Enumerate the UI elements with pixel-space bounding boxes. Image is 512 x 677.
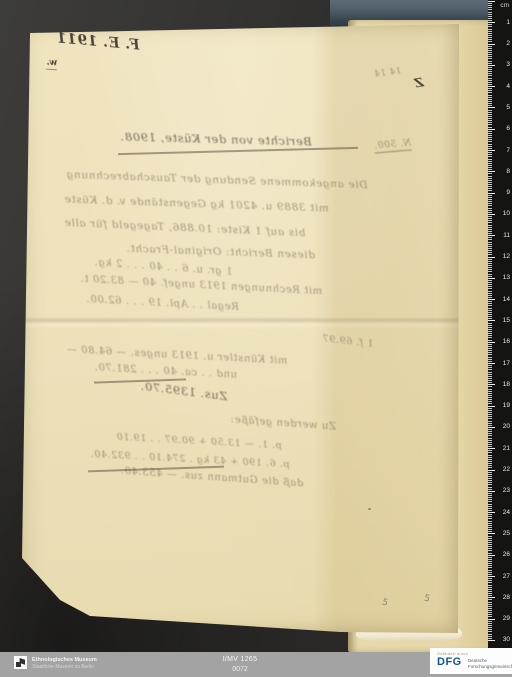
institution-block: Ethnologisches Museum Staatliche Museen … xyxy=(32,657,97,670)
institution-name: Ethnologisches Museum xyxy=(32,657,97,664)
document-page: F. E. 1911 w. 14 14 Z N. 500. Berichte v… xyxy=(22,22,462,634)
funding-name: Deutsche Forschungsgemeinschaft xyxy=(468,658,512,670)
ruler: cm 1234567891011121314151617181920212223… xyxy=(488,0,512,650)
handwriting-corner-note: w. xyxy=(46,58,58,71)
shelfmark: I/MV 1265 xyxy=(150,656,330,663)
document-id-block: I/MV 1265 0072 xyxy=(150,656,330,673)
dfg-logo: DFG xyxy=(437,656,462,668)
scan-viewport: F. E. 1911 w. 14 14 Z N. 500. Berichte v… xyxy=(0,0,512,677)
museum-logo-icon xyxy=(14,656,27,669)
scan-page-number: 0072 xyxy=(150,666,330,673)
pencil-dot xyxy=(368,508,371,510)
pencil-folio-number: 68 12 xyxy=(25,568,33,593)
funding-name-line2: Forschungsgemeinschaft xyxy=(468,664,512,670)
funding-box: Gefördert durch DFG Deutsche Forschungsg… xyxy=(430,648,512,674)
institution-subtitle: Staatliche Museen zu Berlin xyxy=(32,664,97,670)
page-shading xyxy=(22,22,462,634)
smb-logo-glyph xyxy=(16,658,25,667)
ruler-unit-label: cm xyxy=(500,2,509,9)
